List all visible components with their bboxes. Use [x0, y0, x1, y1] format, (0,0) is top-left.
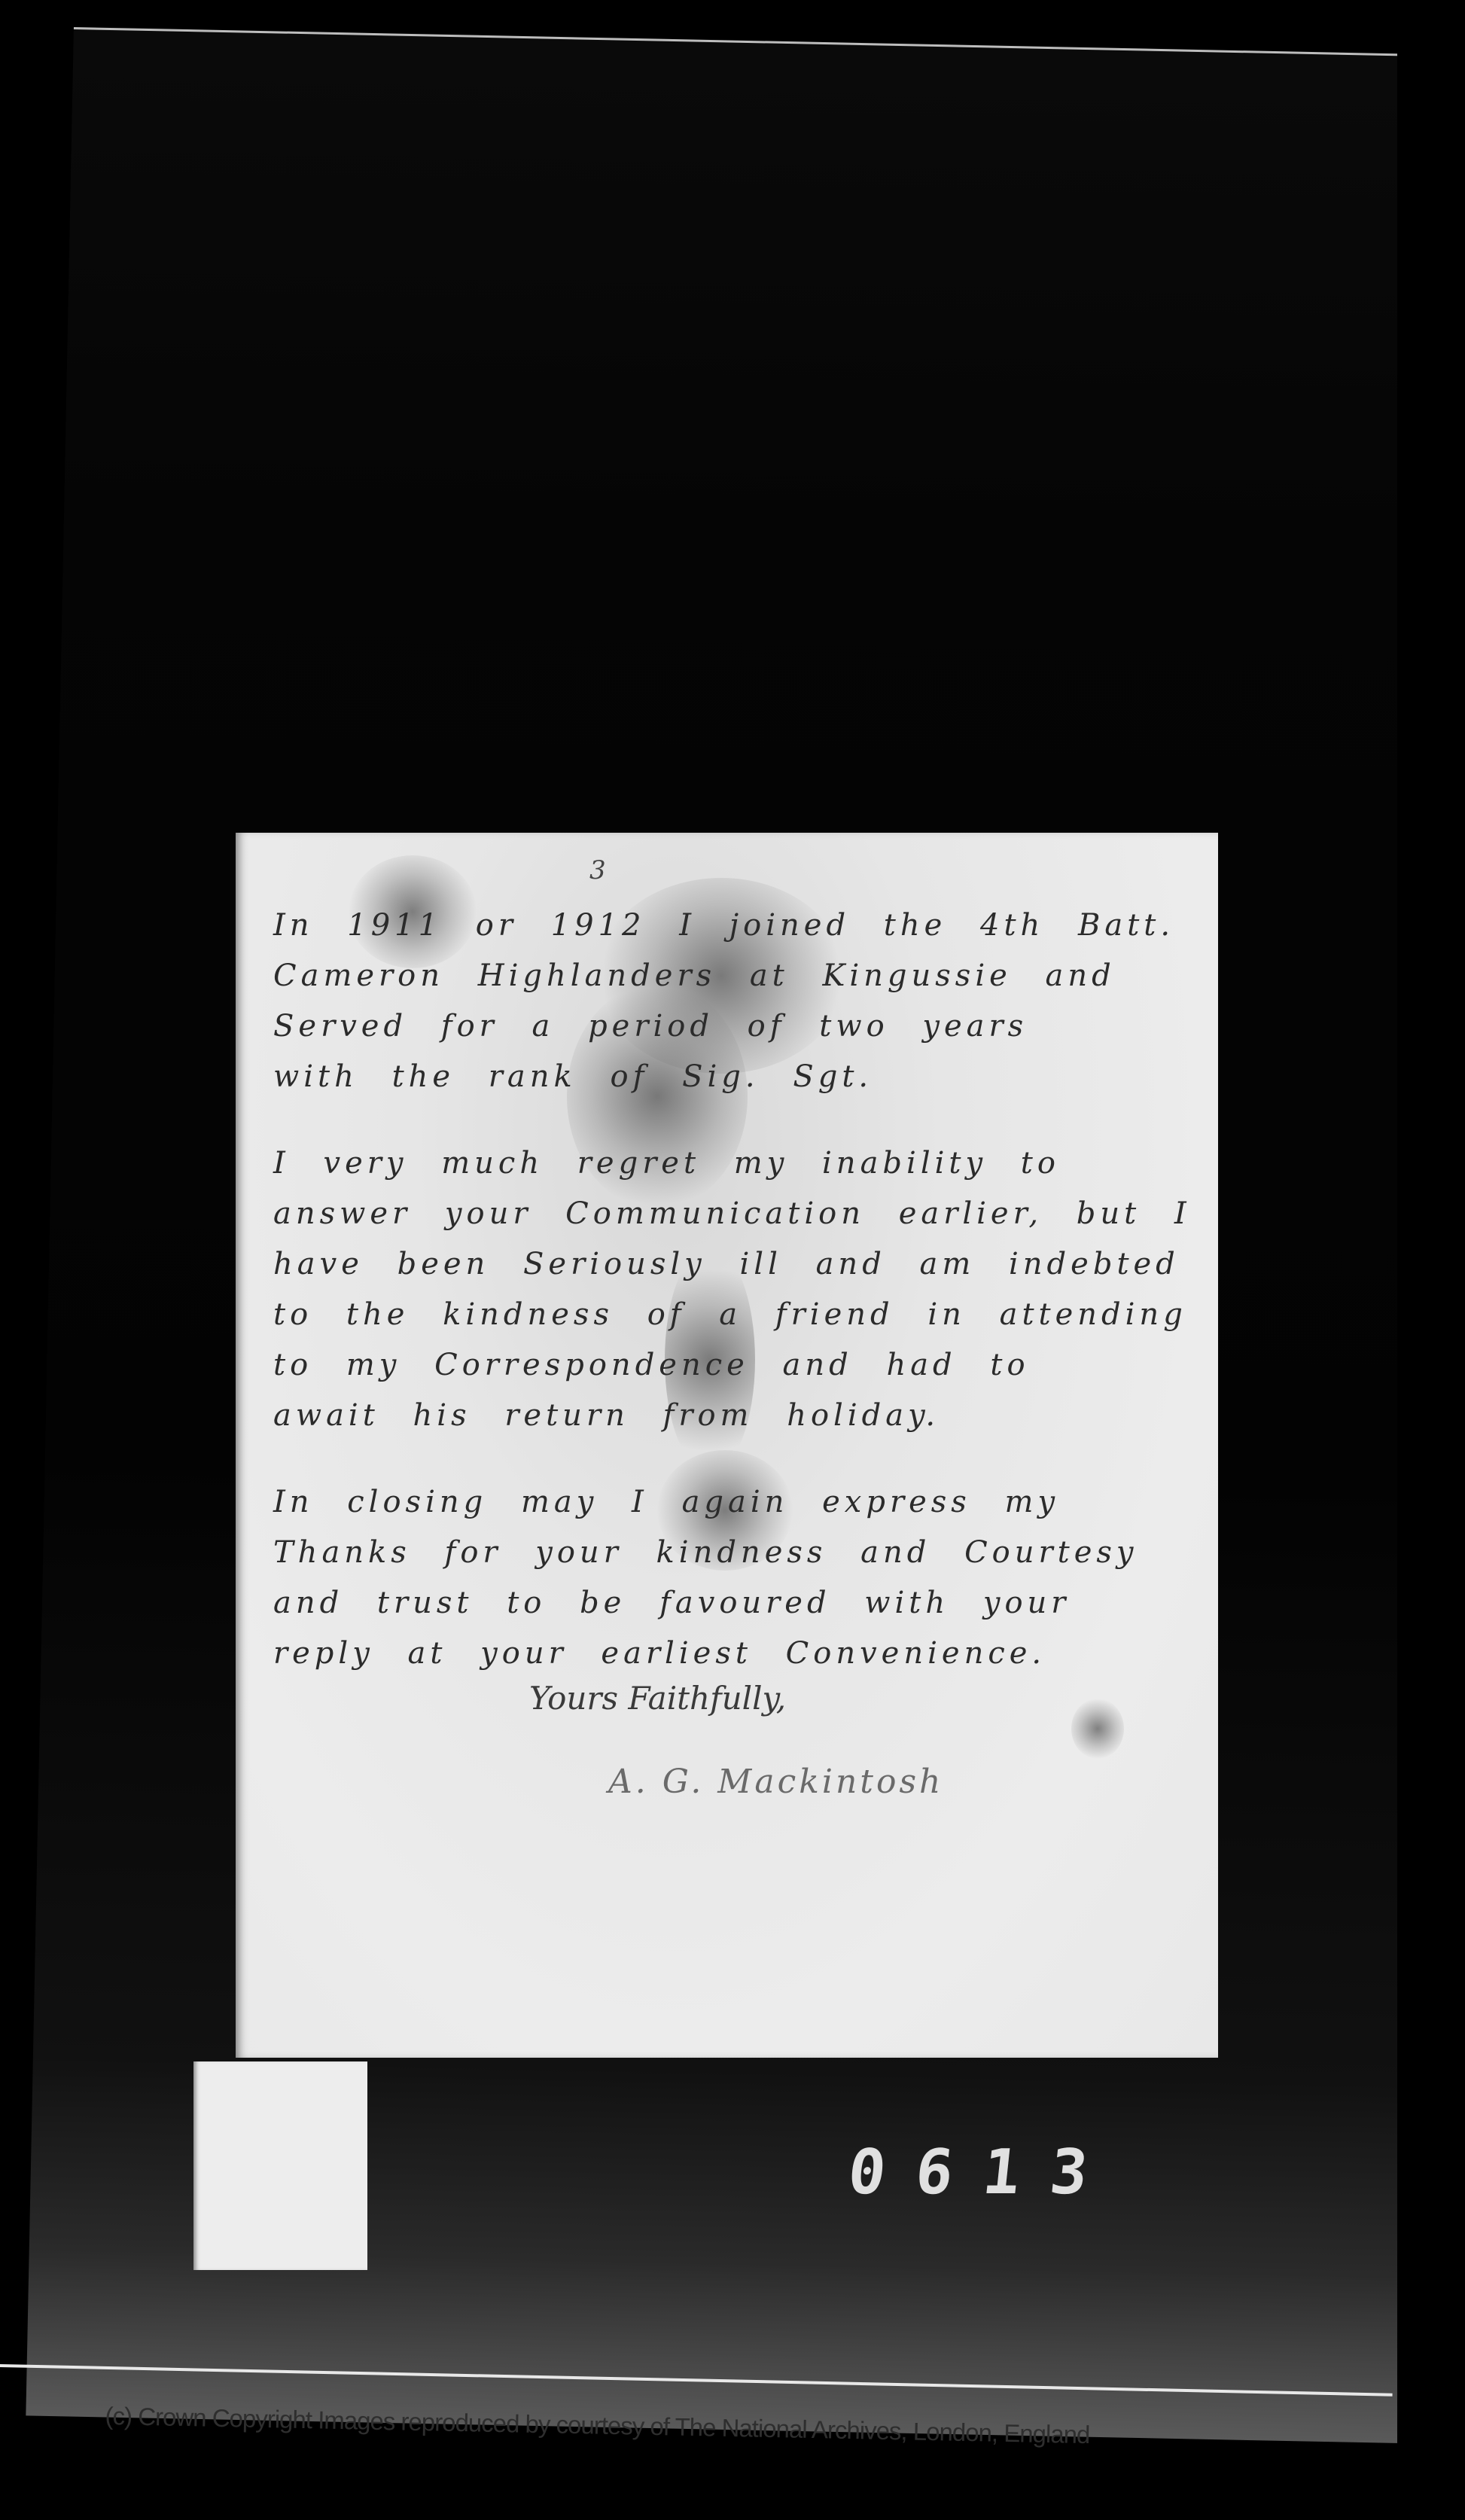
paragraph-apology: I very much regret my inability to answe…: [273, 1138, 1192, 1441]
text-line: to my Correspondence and had to: [273, 1340, 1192, 1391]
text-line: Cameron Highlanders at Kingussie and: [273, 951, 1192, 1001]
paragraph-closing: In closing may I again express my Thanks…: [273, 1477, 1192, 1679]
film-border: [1397, 0, 1465, 2520]
text-line: Thanks for your kindness and Courtesy: [273, 1528, 1192, 1578]
signature: A. G. Mackintosh: [608, 1763, 943, 1801]
text-line: reply at your earliest Convenience.: [273, 1629, 1192, 1679]
text-line: I very much regret my inability to: [273, 1138, 1192, 1189]
text-line: with the rank of Sig. Sgt.: [273, 1052, 1192, 1102]
paragraph-service: In 1911 or 1912 I joined the 4th Batt. C…: [273, 900, 1192, 1102]
letter-page: 3 In 1911 or 1912 I joined the 4th Batt.…: [236, 833, 1218, 2058]
frame-number: 0613: [845, 2137, 1121, 2208]
text-line: await his return from holiday.: [273, 1391, 1192, 1441]
letter-body: In 1911 or 1912 I joined the 4th Batt. C…: [273, 900, 1192, 1715]
text-line: answer your Communication earlier, but I: [273, 1189, 1192, 1239]
text-line: have been Seriously ill and am indebted: [273, 1239, 1192, 1290]
text-line: to the kindness of a friend in attending: [273, 1290, 1192, 1340]
text-line: and trust to be favoured with your: [273, 1578, 1192, 1629]
text-line: In closing may I again express my: [273, 1477, 1192, 1528]
valediction: Yours Faithfully,: [529, 1680, 786, 1717]
text-line: Served for a period of two years: [273, 1001, 1192, 1052]
page-number: 3: [589, 855, 606, 885]
blank-target-card: [193, 2061, 367, 2270]
text-line: In 1911 or 1912 I joined the 4th Batt.: [273, 900, 1192, 951]
